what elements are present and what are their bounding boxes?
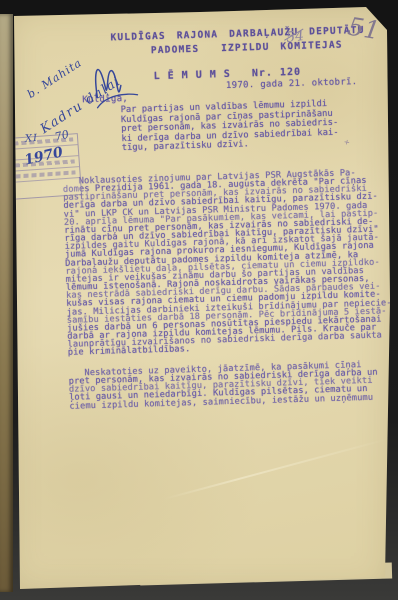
stamp-handwritten-month: XI xyxy=(25,133,39,145)
body-paragraph-2: Neskatoties uz paveikto, jāatzīmē, ka pa… xyxy=(68,361,378,411)
adjacent-page-edge xyxy=(0,14,13,592)
crossed-out-number: 54 xyxy=(285,25,305,46)
subject-block: Par partijas un valdības lēmumu izpildiK… xyxy=(121,100,339,154)
document-page: KULDĪGAS RAJONA DARBAĻAUŽU DEPUTĀTU PADO… xyxy=(0,0,398,600)
handwritten-note-line1: b. Mahita xyxy=(25,56,84,101)
folio-number: 51 xyxy=(346,12,382,46)
typed-content: KULDĪGAS RAJONA DARBAĻAUŽU DEPUTĀTU PADO… xyxy=(56,12,396,22)
paper-crease xyxy=(164,438,389,500)
pencil-margin-mark: + xyxy=(343,138,350,149)
org-name-line2: PADOMES IZPILDU KOMITEJAS xyxy=(151,40,343,57)
body-paragraph-1: Noklausoties ziņojumu par Latvijas PSR A… xyxy=(63,168,393,357)
